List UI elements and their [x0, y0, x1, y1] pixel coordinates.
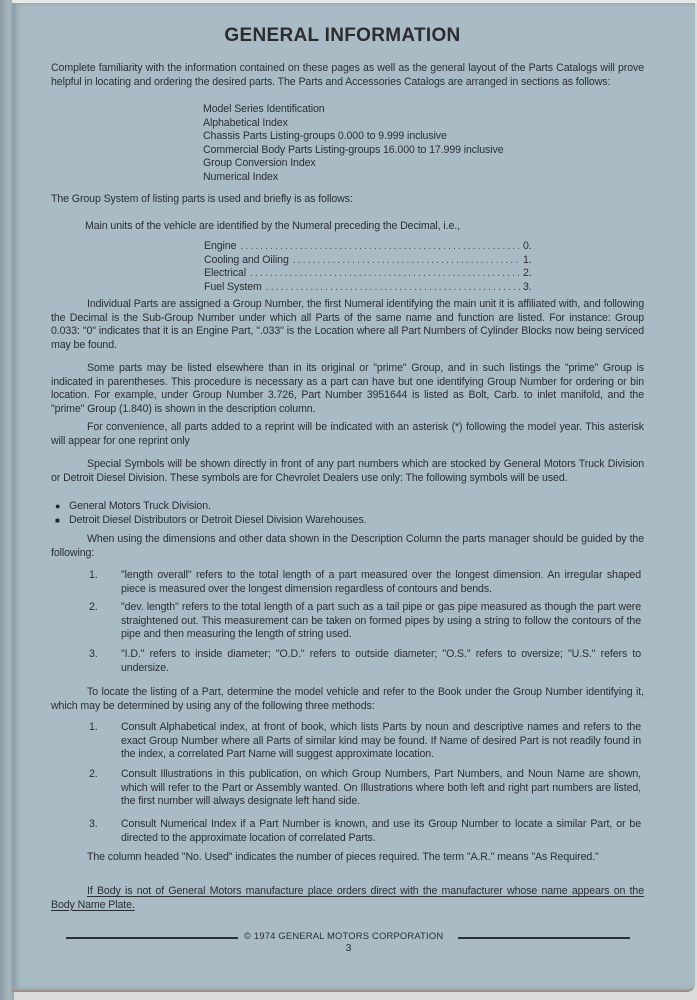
- prime-group-paragraph: Some parts may be listed elsewhere than …: [51, 362, 644, 416]
- section-item: Chassis Parts Listing-groups 0.000 to 9.…: [203, 130, 504, 144]
- bullet-circle-icon: ●: [55, 500, 69, 514]
- symbols-list: ● General Motors Truck Division. ■ Detro…: [55, 500, 366, 527]
- reprint-paragraph: For convenience, all parts added to a re…: [51, 421, 644, 448]
- copyright-footer: © 1974 GENERAL MOTORS CORPORATION: [244, 930, 443, 941]
- unit-row-engine: Engine .................................…: [204, 240, 537, 254]
- dimensions-paragraph: When using the dimensions and other data…: [51, 533, 644, 560]
- page-title: GENERAL INFORMATION: [41, 29, 644, 43]
- section-item: Alphabetical Index: [203, 117, 504, 131]
- section-item: Numerical Index: [203, 171, 504, 185]
- group-system-paragraph: The Group System of listing parts is use…: [51, 193, 644, 207]
- footer-rule-right: [458, 937, 630, 939]
- sections-list: Model Series Identification Alphabetical…: [203, 103, 504, 185]
- page-number: 3: [0, 942, 697, 954]
- locate-paragraph: To locate the listing of a Part, determi…: [51, 686, 644, 713]
- symbol-item: ● General Motors Truck Division.: [55, 500, 366, 514]
- section-item: Commercial Body Parts Listing-groups 16.…: [203, 144, 504, 158]
- unit-row-electrical: Electrical .............................…: [204, 267, 537, 281]
- individual-parts-paragraph: Individual Parts are assigned a Group Nu…: [51, 298, 644, 352]
- bullet-square-icon: ■: [55, 514, 69, 528]
- main-units-table: Engine .................................…: [204, 240, 537, 294]
- symbol-item: ■ Detroit Diesel Distributors or Detroit…: [55, 514, 366, 528]
- unit-row-fuel: Fuel System ............................…: [204, 281, 537, 295]
- main-units-intro: Main units of the vehicle are identified…: [85, 220, 645, 234]
- footer-rule-left: [66, 937, 238, 939]
- unit-row-cooling: Cooling and Oiling .....................…: [204, 254, 537, 268]
- no-used-paragraph: The column headed "No. Used" indicates t…: [51, 851, 644, 865]
- body-manufacturer-paragraph: If Body is not of General Motors manufac…: [51, 885, 644, 912]
- intro-paragraph: Complete familiarity with the informatio…: [51, 62, 644, 89]
- section-item: Group Conversion Index: [203, 157, 504, 171]
- special-symbols-paragraph: Special Symbols will be shown directly i…: [51, 458, 644, 485]
- section-item: Model Series Identification: [203, 103, 504, 117]
